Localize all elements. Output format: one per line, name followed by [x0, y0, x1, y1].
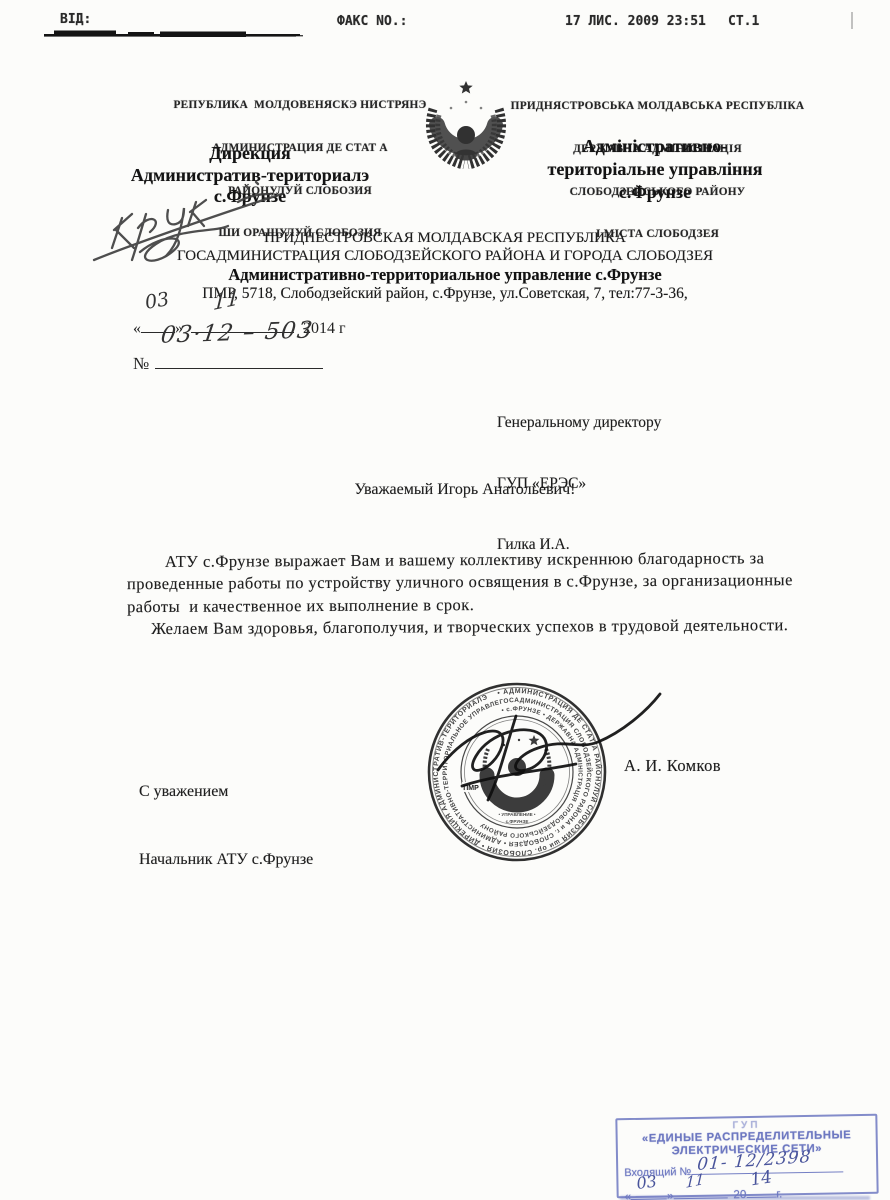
fax-page-number: СТ.1: [728, 14, 759, 29]
scanned-letter-page: ВІД: ФАКС NO.: 17 ЛИС. 2009 23:51 СТ.1 Р…: [0, 0, 890, 1200]
letterhead-right-line: ПРИДНЯСТРОВСЬКА МОЛДАВСЬКА РЕСПУБЛІКА: [500, 99, 815, 113]
org-administration-line: ГОСАДМИНИСТРАЦИЯ СЛОБОДЗЕЙСКОГО РАЙОНА И…: [80, 247, 810, 265]
letterhead-right-title-line: Адміністративно-: [500, 135, 810, 158]
stamp-year-handwritten: 14: [749, 1167, 774, 1190]
org-department-line: Административно-территориальное управлен…: [80, 265, 810, 284]
number-line: №03·12 – 503: [133, 348, 323, 374]
signoff-position: Начальник АТУ с.Фрунзе: [139, 849, 313, 872]
signoff-block: С уважением Начальник АТУ с.Фрунзе: [139, 736, 313, 916]
salutation: Уважаемый Игорь Анатольевич!: [160, 481, 770, 499]
letterhead-left-line: РЕПУБЛИКА МОЛДОВЕНЯСКЭ НИСТРЯНЭ: [145, 98, 455, 112]
number-value-handwritten: 03·12 – 503: [159, 317, 315, 348]
org-republic-line: ПРИДНЕСТРОВСКАЯ МОЛДАВСКАЯ РЕСПУБЛИКА: [80, 229, 810, 247]
addressee-line: Генеральному директору: [497, 413, 661, 433]
stamp-cutoff-smear: [620, 1196, 870, 1200]
stamp-month-handwritten: 11: [685, 1170, 705, 1192]
body-paragraph: АТУ с.Фрунзе выражает Вам и вашему колле…: [127, 547, 844, 641]
date-day-handwritten: 03: [143, 288, 170, 314]
number-blank: 03·12 – 503: [155, 348, 323, 369]
org-title-block: ПРИДНЕСТРОВСКАЯ МОЛДАВСКАЯ РЕСПУБЛИКА ГО…: [80, 229, 810, 303]
fax-datetime: 17 ЛИС. 2009 23:51: [565, 14, 706, 29]
pen-signature-icon: [398, 668, 678, 828]
fax-number-label: ФАКС NO.:: [337, 14, 407, 29]
stamp-incoming-label: Входящий №: [624, 1166, 691, 1179]
scan-artifact-mark: [851, 12, 853, 29]
date-month-handwritten: 11: [212, 285, 240, 315]
number-label: №: [133, 354, 149, 373]
stamp-day-handwritten: 03: [636, 1172, 659, 1193]
signoff-regards: С уважением: [139, 781, 313, 804]
date-opening-quote: «: [133, 320, 141, 337]
letterhead-left-title-line: Дирекция: [85, 143, 415, 165]
body-line: проведенные работы по устройству уличног…: [127, 569, 843, 596]
pmr-coat-of-arms-icon: [420, 77, 512, 169]
redaction-bar-icon: [42, 27, 304, 41]
incoming-stamp: ГУП «ЕДИНЫЕ РАСПРЕДЕЛИТЕЛЬНЫЕ ЭЛЕКТРИЧЕС…: [615, 1114, 878, 1199]
fax-from-label: ВІД:: [60, 12, 91, 27]
letterhead-right-title: Адміністративно- територіальне управлінн…: [500, 135, 810, 204]
org-address-line: ПМР, 5718, Слободзейский район, с.Фрунзе…: [80, 284, 810, 303]
letterhead-right-title-line: с.Фрунзе: [500, 181, 810, 204]
letterhead-right-title-line: територіальне управління: [500, 158, 810, 181]
body-line: Желаем Вам здоровья, благополучия, и тво…: [127, 614, 843, 641]
